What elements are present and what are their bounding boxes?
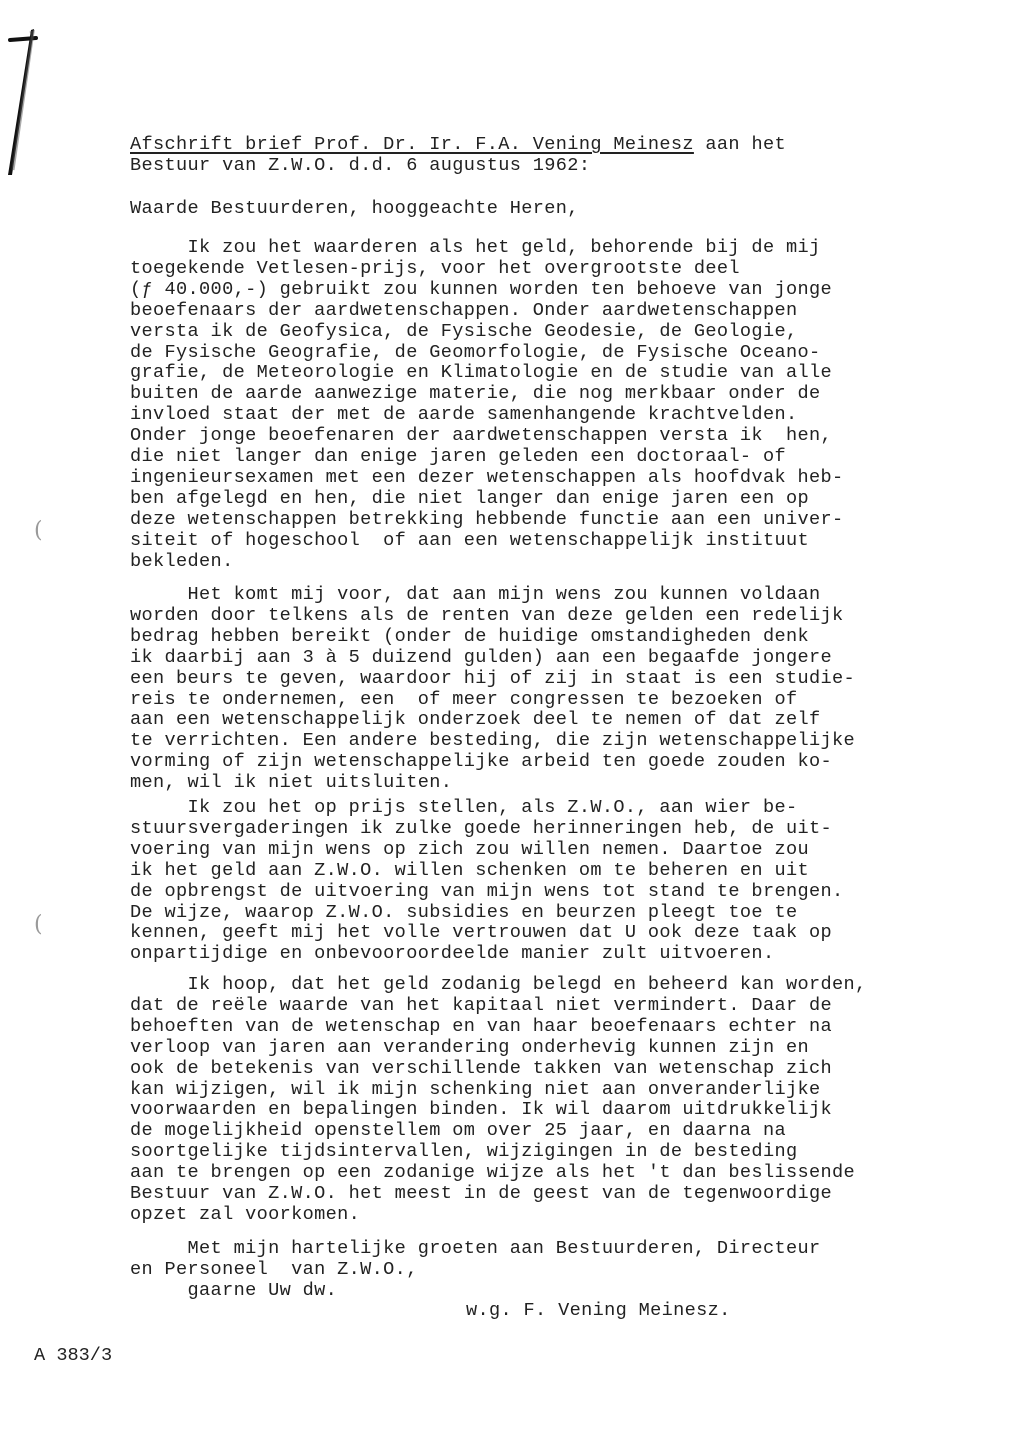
body-line: Bestuur van Z.W.O. het meest in de geest… bbox=[130, 1183, 832, 1204]
body-line: versta ik de Geofysica, de Fysische Geod… bbox=[130, 321, 797, 342]
heading-line-2: Bestuur van Z.W.O. d.d. 6 augustus 1962: bbox=[130, 155, 590, 176]
body-line: ik het geld aan Z.W.O. willen schenken o… bbox=[130, 860, 809, 881]
body-line: stuursvergaderingen ik zulke goede herin… bbox=[130, 818, 832, 839]
body-line: Ik zou het op prijs stellen, als Z.W.O.,… bbox=[130, 797, 797, 818]
body-line: worden door telkens als de renten van de… bbox=[130, 605, 844, 626]
body-line: verloop van jaren aan verandering onderh… bbox=[130, 1037, 809, 1058]
body-line: Het komt mij voor, dat aan mijn wens zou… bbox=[130, 584, 820, 605]
body-line: behoeften van de wetenschap en van haar … bbox=[130, 1016, 832, 1037]
body-line: buiten de aarde aanwezige materie, die n… bbox=[130, 383, 820, 404]
body-line: de mogelijkheid openstellem om over 25 j… bbox=[130, 1120, 786, 1141]
body-line: ingenieursexamen met een dezer wetenscha… bbox=[130, 467, 844, 488]
body-line: siteit of hogeschool of aan een wetensch… bbox=[130, 530, 809, 551]
body-line: invloed staat der met de aarde samenhang… bbox=[130, 404, 797, 425]
archive-number: A 383/3 bbox=[34, 1345, 112, 1366]
body-line: aan een wetenschappelijk onderzoek deel … bbox=[130, 709, 820, 730]
body-line: dat de reële waarde van het kapitaal nie… bbox=[130, 995, 832, 1016]
body-line: deze wetenschappen betrekking hebbende f… bbox=[130, 509, 844, 530]
heading-line-1: Afschrift brief Prof. Dr. Ir. F.A. Venin… bbox=[130, 134, 786, 155]
handwritten-seven-mark bbox=[0, 0, 90, 190]
body-line: aan te brengen op een zodanige wijze als… bbox=[130, 1162, 855, 1183]
body-line: reis te ondernemen, een of meer congress… bbox=[130, 689, 797, 710]
body-line: Onder jonge beoefenaren der aardwetensch… bbox=[130, 425, 832, 446]
body-line: vorming of zijn wetenschappelijke arbeid… bbox=[130, 751, 832, 772]
closing-recipients: en Personeel van Z.W.O., bbox=[130, 1259, 418, 1280]
body-line: bekleden. bbox=[130, 551, 234, 572]
body-line: kennen, geeft mij het volle vertrouwen d… bbox=[130, 922, 832, 943]
body-line: een beurs te geven, waardoor hij of zij … bbox=[130, 668, 855, 689]
body-line: (ƒ 40.000,-) gebruikt zou kunnen worden … bbox=[130, 279, 832, 300]
body-line: soortgelijke tijdsintervallen, wijziging… bbox=[130, 1141, 797, 1162]
body-line: te verrichten. Een andere besteding, die… bbox=[130, 730, 855, 751]
body-line: bedrag hebben bereikt (onder de huidige … bbox=[130, 626, 809, 647]
salutation: Waarde Bestuurderen, hooggeachte Heren, bbox=[130, 198, 579, 219]
body-line: voering van mijn wens op zich zou willen… bbox=[130, 839, 809, 860]
margin-mark: ( bbox=[34, 518, 43, 543]
body-line: kan wijzigen, wil ik mijn schenking niet… bbox=[130, 1079, 820, 1100]
body-line: De wijze, waarop Z.W.O. subsidies en beu… bbox=[130, 902, 797, 923]
body-line: Ik zou het waarderen als het geld, behor… bbox=[130, 237, 820, 258]
closing-greeting: Met mijn hartelijke groeten aan Bestuurd… bbox=[130, 1238, 820, 1259]
margin-mark: ( bbox=[34, 912, 43, 937]
body-line: opzet zal voorkomen. bbox=[130, 1204, 360, 1225]
body-line: ik daarbij aan 3 à 5 duizend gulden) aan… bbox=[130, 647, 832, 668]
body-line: grafie, de Meteorologie en Klimatologie … bbox=[130, 362, 832, 383]
heading-rest: aan het bbox=[694, 134, 786, 155]
body-line: onpartijdige en onbevooroordeelde manier… bbox=[130, 943, 774, 964]
body-line: voorwaarden en bepalingen binden. Ik wil… bbox=[130, 1099, 832, 1120]
signature: w.g. F. Vening Meinesz. bbox=[466, 1300, 731, 1321]
body-line: die niet langer dan enige jaren geleden … bbox=[130, 446, 786, 467]
body-line: ben afgelegd en hen, die niet langer dan… bbox=[130, 488, 809, 509]
body-line: de Fysische Geografie, de Geomorfologie,… bbox=[130, 342, 820, 363]
body-line: ook de betekenis van verschillende takke… bbox=[130, 1058, 832, 1079]
body-line: men, wil ik niet uitsluiten. bbox=[130, 772, 452, 793]
body-line: de opbrengst de uitvoering van mijn wens… bbox=[130, 881, 844, 902]
closing-valediction: gaarne Uw dw. bbox=[130, 1280, 337, 1301]
heading-underlined: Afschrift brief Prof. Dr. Ir. F.A. Venin… bbox=[130, 134, 694, 155]
body-line: beoefenaars der aardwetenschappen. Onder… bbox=[130, 300, 797, 321]
body-line: toegekende Vetlesen-prijs, voor het over… bbox=[130, 258, 740, 279]
letter-page: ( ( Afschrift brief Prof. Dr. Ir. F.A. V… bbox=[0, 0, 1024, 1448]
body-line: Ik hoop, dat het geld zodanig belegd en … bbox=[130, 974, 867, 995]
